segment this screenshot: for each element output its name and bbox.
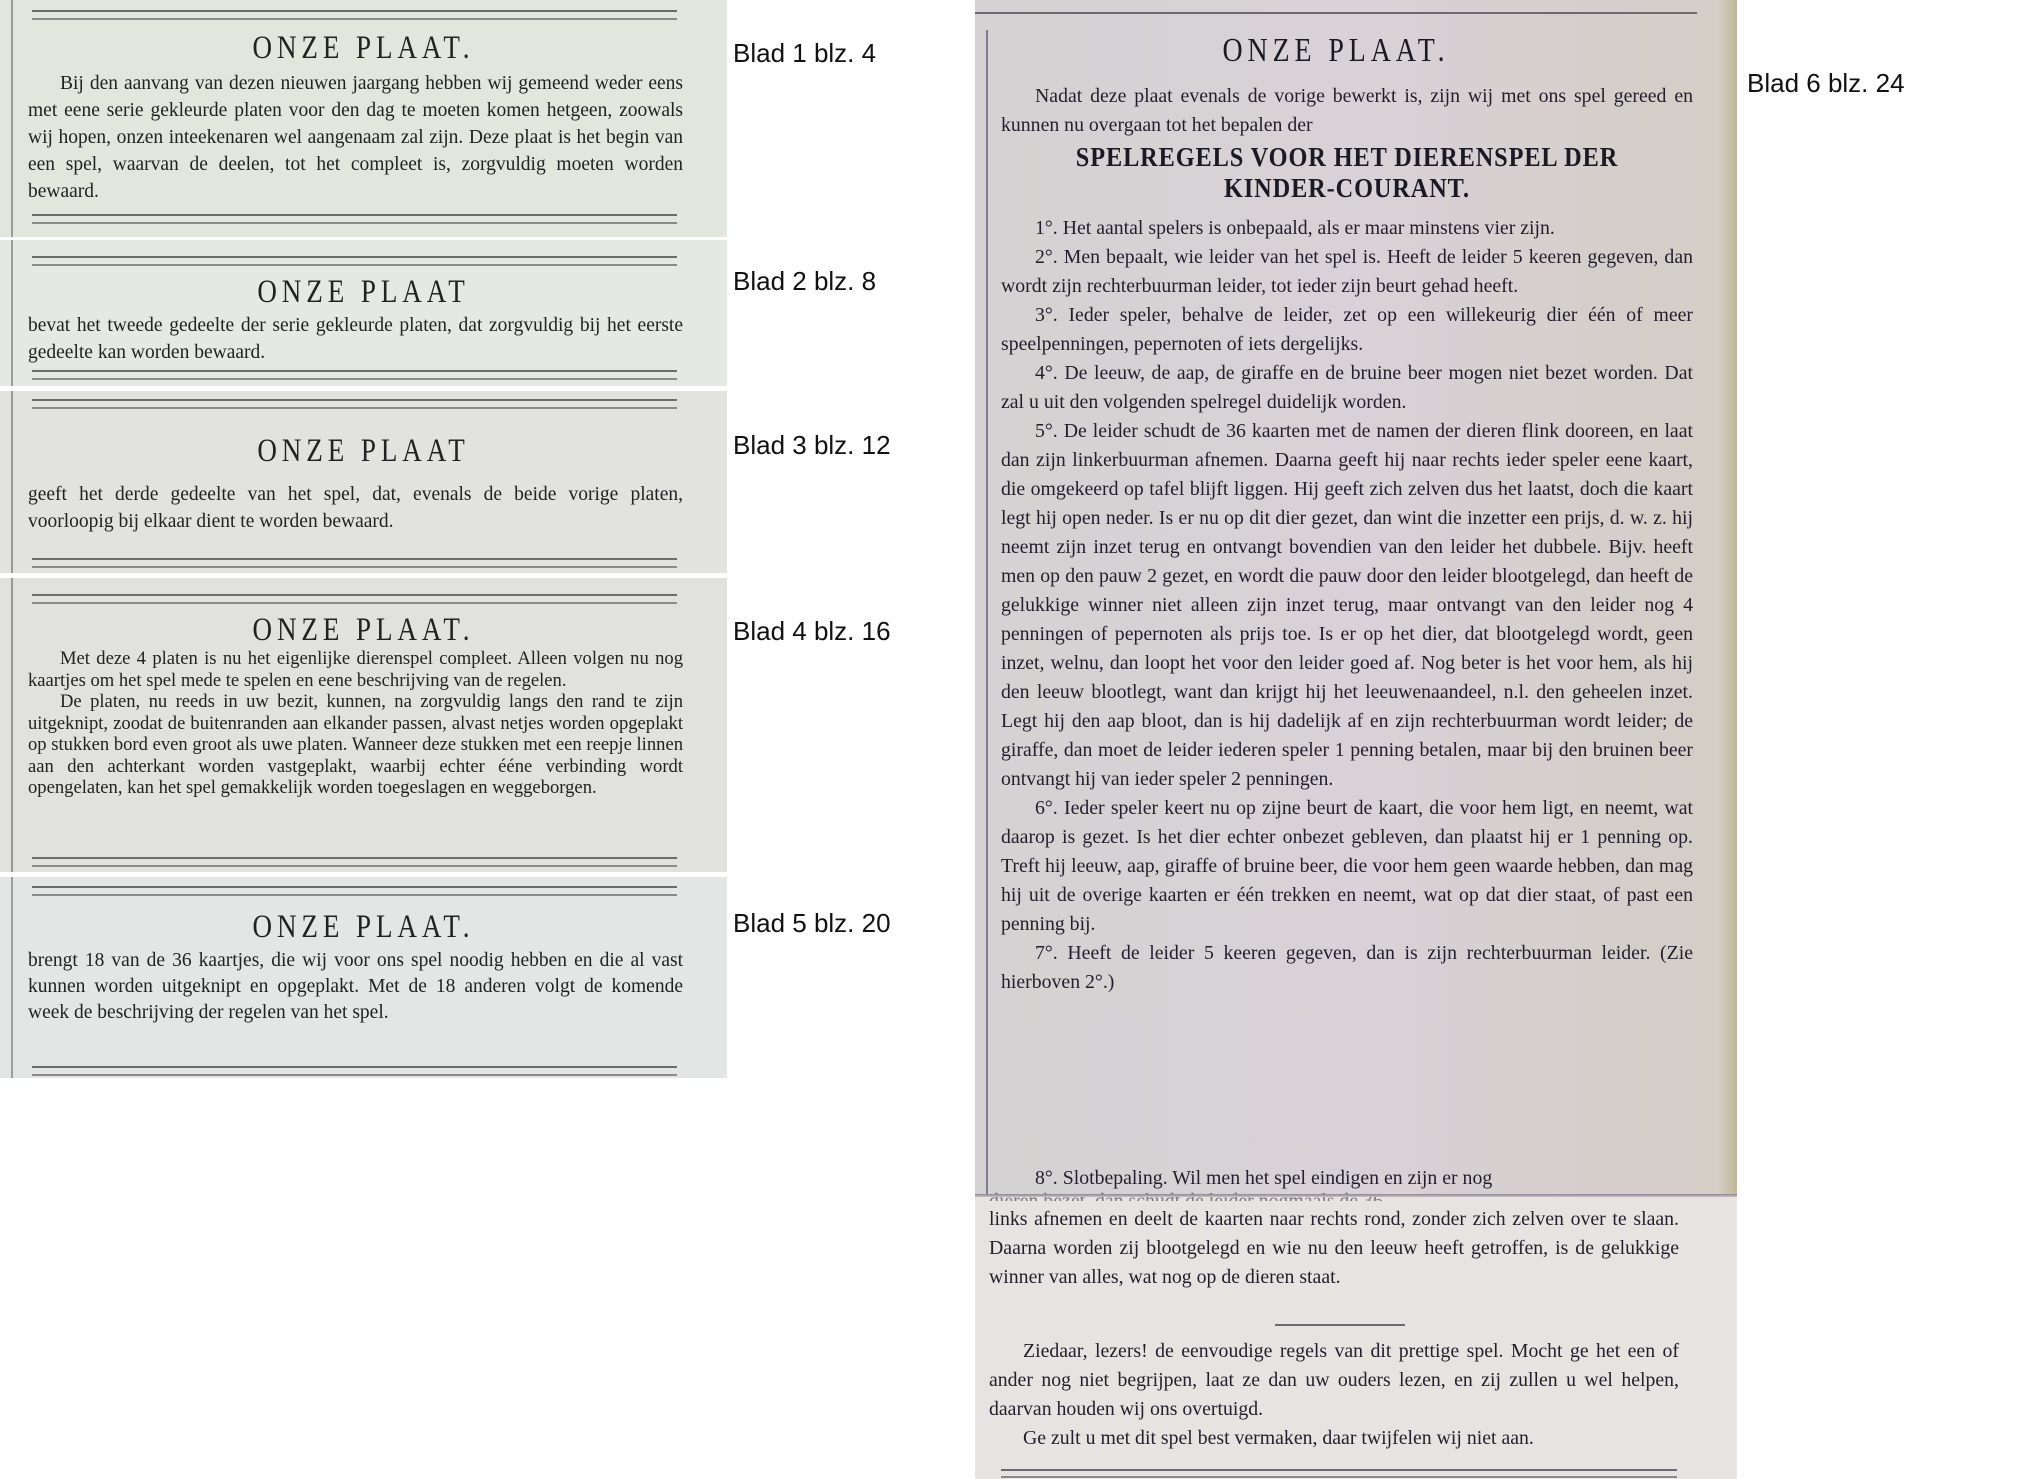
double-rule-bottom	[32, 1066, 677, 1076]
paragraph: Bij den aanvang van dezen nieuwen jaarga…	[28, 70, 683, 205]
rule-1: 1°. Het aantal spelers is onbepaald, als…	[1001, 214, 1693, 243]
column-rule	[11, 240, 13, 386]
clipping-body: Bij den aanvang van dezen nieuwen jaarga…	[28, 70, 683, 205]
double-rule-top	[32, 10, 677, 20]
rule-3: 3°. Ieder speler, behalve de leider, zet…	[1001, 301, 1693, 359]
clipping-blad-2: ONZE PLAAT bevat het tweede gedeelte der…	[0, 240, 727, 386]
clipping-blad-3: ONZE PLAAT geeft het derde gedeelte van …	[0, 391, 727, 573]
closing-paragraphs: Ziedaar, lezers! de eenvoudige regels va…	[989, 1337, 1679, 1453]
lower-paper-piece: dieren bezet, dan schudt de leider nogma…	[975, 1197, 1737, 1479]
label-blad-2: Blad 2 blz. 8	[733, 266, 876, 297]
clipping-body: brengt 18 van de 36 kaartjes, die wij vo…	[28, 948, 683, 1026]
paragraph: brengt 18 van de 36 kaartjes, die wij vo…	[28, 948, 683, 1026]
rules-list: 1°. Het aantal spelers is onbepaald, als…	[1001, 214, 1693, 997]
clipping-blad-5: ONZE PLAAT. brengt 18 van de 36 kaartjes…	[0, 877, 727, 1078]
clipping-blad-6: ONZE PLAAT. Nadat deze plaat evenals de …	[975, 0, 1737, 1479]
clipping-blad-1: ONZE PLAAT. Bij den aanvang van dezen ni…	[0, 0, 727, 237]
paragraph: bevat het tweede gedeelte der serie gekl…	[28, 312, 683, 366]
column-rule	[11, 391, 13, 573]
double-rule-bottom	[32, 558, 677, 568]
double-rule-bottom	[32, 214, 677, 224]
separator-rule	[1275, 1324, 1405, 1326]
closing-1: Ziedaar, lezers! de eenvoudige regels va…	[989, 1337, 1679, 1424]
clipping-title: ONZE PLAAT.	[65, 909, 661, 946]
paragraph: Met deze 4 platen is nu het eigenlijke d…	[28, 648, 683, 691]
clipping-body: geeft het derde gedeelte van het spel, d…	[28, 481, 683, 535]
clipping-title: ONZE PLAAT.	[65, 612, 661, 649]
rule-8-continuation: links afnemen en deelt de kaarten naar r…	[989, 1205, 1679, 1292]
label-blad-5: Blad 5 blz. 20	[733, 908, 891, 939]
paper-fold	[975, 1194, 1737, 1197]
clipping-title: ONZE PLAAT.	[1040, 32, 1632, 70]
clipping-body: Met deze 4 platen is nu het eigenlijke d…	[28, 648, 683, 799]
label-blad-4: Blad 4 blz. 16	[733, 616, 891, 647]
double-rule-bottom	[32, 370, 677, 380]
rules-heading: SPELREGELS VOOR HET DIERENSPEL DER KINDE…	[1036, 142, 1659, 204]
double-rule-top	[32, 399, 677, 409]
double-rule-top	[32, 594, 677, 604]
paragraph: De platen, nu reeds in uw bezit, kunnen,…	[28, 691, 683, 799]
continuation-text: links afnemen en deelt de kaarten naar r…	[989, 1205, 1679, 1292]
rule-4: 4°. De leeuw, de aap, de giraffe en de b…	[1001, 359, 1693, 417]
intro-text: Nadat deze plaat evenals de vorige bewer…	[1001, 82, 1693, 140]
paragraph: geeft het derde gedeelte van het spel, d…	[28, 481, 683, 535]
top-rule	[975, 12, 1697, 14]
column-rule	[11, 0, 13, 237]
label-blad-3: Blad 3 blz. 12	[733, 430, 891, 461]
clipping-title: ONZE PLAAT	[65, 274, 661, 311]
double-rule-bottom	[32, 857, 677, 867]
clipping-blad-4: ONZE PLAAT. Met deze 4 platen is nu het …	[0, 578, 727, 872]
double-rule-top	[32, 256, 677, 266]
clipping-title: ONZE PLAAT	[65, 433, 661, 470]
rule-2: 2°. Men bepaalt, wie leider van het spel…	[1001, 243, 1693, 301]
clipping-body: bevat het tweede gedeelte der serie gekl…	[28, 312, 683, 366]
clipping-title: ONZE PLAAT.	[65, 30, 661, 67]
closing-2: Ge zult u met dit spel best vermaken, da…	[989, 1424, 1679, 1453]
rule-7: 7°. Heeft de leider 5 keeren gegeven, da…	[1001, 939, 1693, 997]
label-blad-6: Blad 6 blz. 24	[1747, 68, 1905, 99]
double-rule-top	[32, 886, 677, 896]
rule-6: 6°. Ieder speler keert nu op zijne beurt…	[1001, 794, 1693, 939]
label-blad-1: Blad 1 blz. 4	[733, 38, 876, 69]
column-rule	[11, 578, 13, 872]
column-rule	[11, 877, 13, 1078]
double-rule-bottom	[1001, 1469, 1677, 1478]
rule-5: 5°. De leider schudt de 36 kaarten met d…	[1001, 417, 1693, 794]
intro-paragraph: Nadat deze plaat evenals de vorige bewer…	[1001, 82, 1693, 140]
